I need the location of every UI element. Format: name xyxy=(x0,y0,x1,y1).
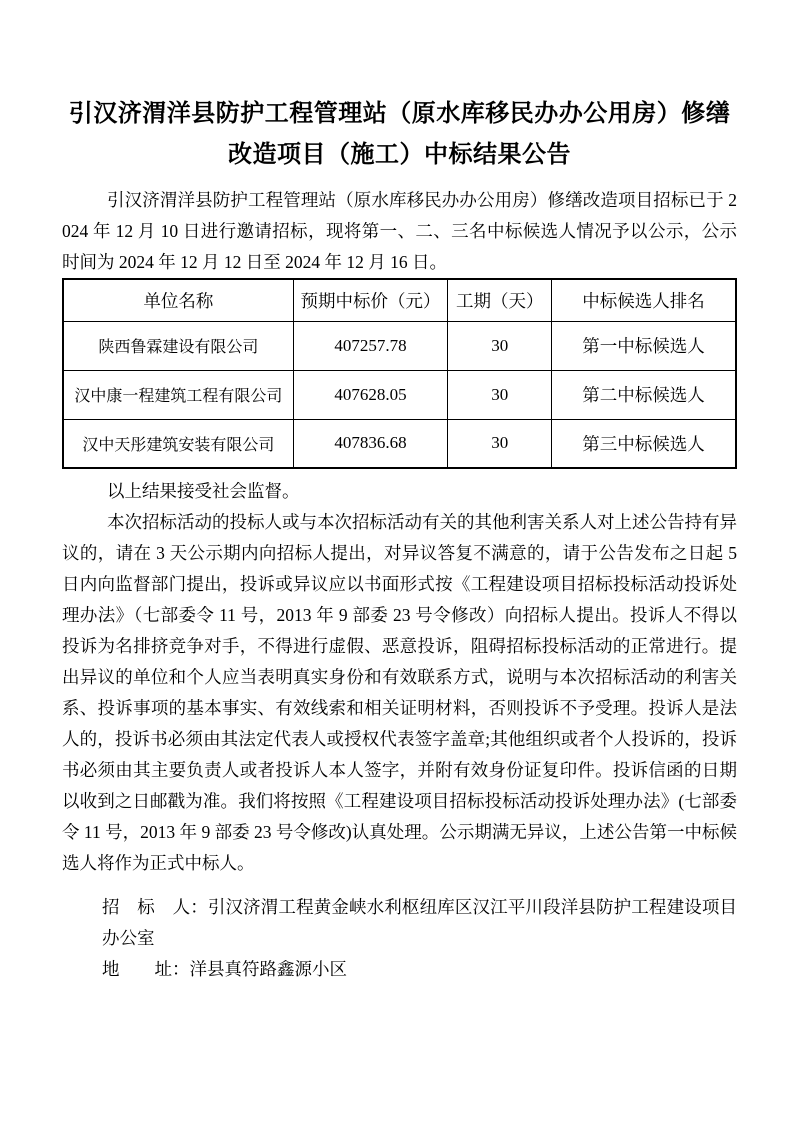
address-value: 洋县真符路鑫源小区 xyxy=(190,959,348,979)
objection-procedure-paragraph: 本次招标活动的投标人或与本次招标活动有关的其他利害关系人对上述公告持有异议的，请… xyxy=(62,507,737,879)
cell-company: 陕西鲁霖建设有限公司 xyxy=(63,321,293,370)
cell-duration: 30 xyxy=(448,419,552,468)
cell-company: 汉中天彤建筑安装有限公司 xyxy=(63,419,293,468)
document-page: 引汉济渭洋县防护工程管理站（原水库移民办办公用房）修缮 改造项目（施工）中标结果… xyxy=(0,0,793,1122)
page-title-line-1: 引汉济渭洋县防护工程管理站（原水库移民办办公用房）修缮 xyxy=(62,94,737,135)
header-candidate-rank: 中标候选人排名 xyxy=(552,279,736,321)
cell-price: 407628.05 xyxy=(293,370,448,419)
table-row: 汉中康一程建筑工程有限公司 407628.05 30 第二中标候选人 xyxy=(63,370,736,419)
cell-company: 汉中康一程建筑工程有限公司 xyxy=(63,370,293,419)
header-company-name: 单位名称 xyxy=(63,279,293,321)
intro-paragraph: 引汉济渭洋县防护工程管理站（原水库移民办办公用房）修缮改造项目招标已于 2024… xyxy=(62,185,737,278)
cell-duration: 30 xyxy=(448,370,552,419)
table-header-row: 单位名称 预期中标价（元） 工期（天） 中标候选人排名 xyxy=(63,279,736,321)
page-title-line-2: 改造项目（施工）中标结果公告 xyxy=(62,135,737,176)
address-label: 地 址： xyxy=(102,959,190,979)
page-title: 引汉济渭洋县防护工程管理站（原水库移民办办公用房）修缮 改造项目（施工）中标结果… xyxy=(62,94,737,176)
cell-price: 407257.78 xyxy=(293,321,448,370)
cell-rank: 第二中标候选人 xyxy=(552,370,736,419)
cell-rank: 第一中标候选人 xyxy=(552,321,736,370)
tenderer-label: 招 标 人： xyxy=(102,897,208,917)
header-duration: 工期（天） xyxy=(448,279,552,321)
cell-rank: 第三中标候选人 xyxy=(552,419,736,468)
bid-results-table: 单位名称 预期中标价（元） 工期（天） 中标候选人排名 陕西鲁霖建设有限公司 4… xyxy=(62,278,737,469)
table-row: 陕西鲁霖建设有限公司 407257.78 30 第一中标候选人 xyxy=(63,321,736,370)
cell-duration: 30 xyxy=(448,321,552,370)
header-expected-price: 预期中标价（元） xyxy=(293,279,448,321)
address-line: 地 址：洋县真符路鑫源小区 xyxy=(102,954,737,985)
supervision-paragraph: 以上结果接受社会监督。 xyxy=(62,476,737,507)
tenderer-line: 招 标 人：引汉济渭工程黄金峡水利枢纽库区汉江平川段洋县防护工程建设项目办公室 xyxy=(102,892,737,954)
table-row: 汉中天彤建筑安装有限公司 407836.68 30 第三中标候选人 xyxy=(63,419,736,468)
cell-price: 407836.68 xyxy=(293,419,448,468)
